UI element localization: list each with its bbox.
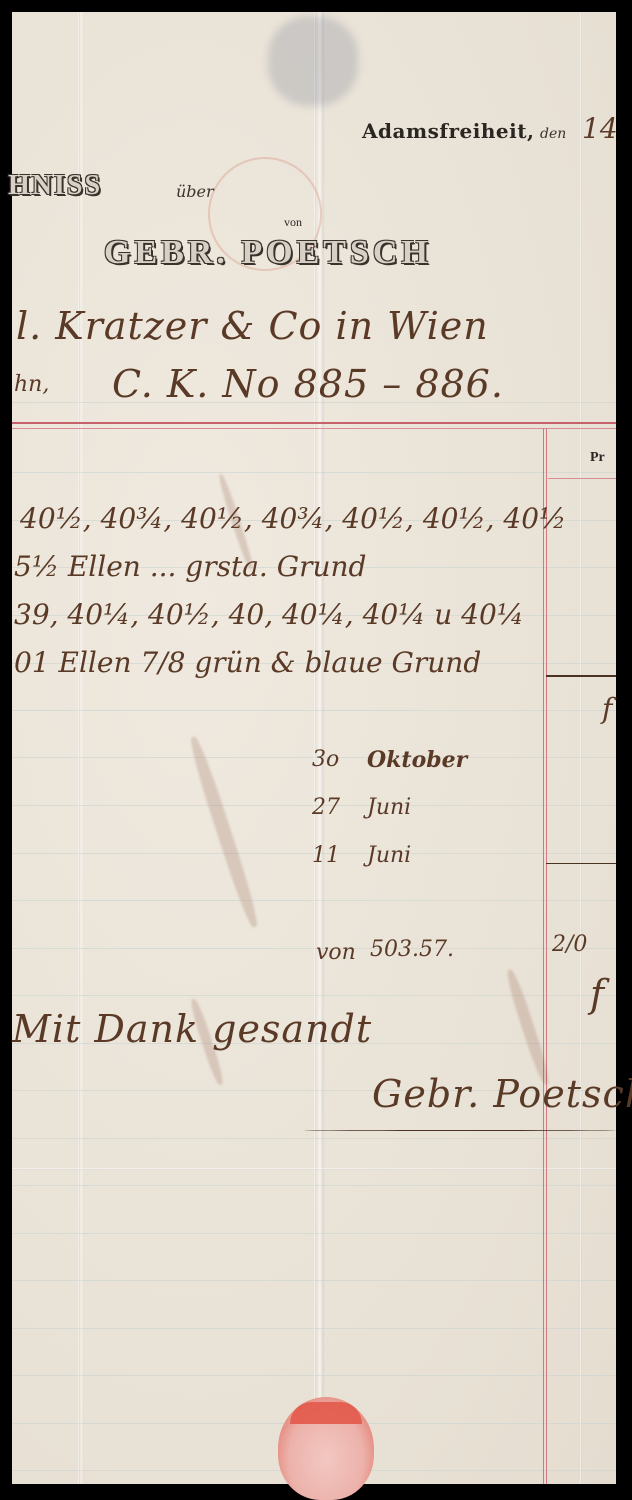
- subtotal-rule: [546, 675, 616, 677]
- amount-label: von: [316, 940, 356, 965]
- place-name: Adamsfreiheit,: [362, 119, 534, 143]
- description-line: 01 Ellen 7/8 grün & blaue Grund: [14, 646, 481, 679]
- ink-blot: [268, 16, 358, 106]
- reference-number: C. K. No 885 – 886.: [112, 362, 504, 406]
- price-mark: f: [602, 692, 612, 725]
- column-rule: [543, 428, 544, 1484]
- addressee-line: l. Kratzer & Co in Wien: [16, 304, 489, 348]
- closing-note: Mit Dank gesandt: [12, 1007, 372, 1051]
- company-name: GEBR. POETSCH: [104, 234, 432, 272]
- measurement-line: 39, 40¼, 40½, 40, 40¼, 40¼ u 40¼: [14, 598, 524, 631]
- date-handwritten: 14: [582, 112, 618, 145]
- addressee-prefix: hn,: [14, 372, 49, 397]
- title-suffix: über: [176, 182, 214, 201]
- wax-seal-top: [290, 1402, 362, 1424]
- discount-rate: 2/0: [552, 932, 587, 957]
- fold-crease: [78, 12, 80, 1484]
- header-rule: [12, 428, 616, 429]
- signature-flourish: [304, 1130, 616, 1131]
- date-day: 3o: [312, 747, 339, 772]
- fold-crease: [580, 12, 582, 1484]
- column-header-rule: [548, 478, 616, 479]
- column-rule: [546, 428, 547, 1484]
- description-line: 5½ Ellen ... grsta. Grund: [14, 550, 366, 583]
- date-prefix: den: [540, 126, 566, 142]
- from-label: von: [284, 215, 302, 230]
- date-day: 27: [312, 795, 340, 820]
- signature: Gebr. Poetsch: [372, 1072, 632, 1116]
- date-day: 11: [312, 843, 340, 868]
- fold-crease: [12, 1168, 616, 1170]
- amount-value: 503.57.: [370, 937, 454, 962]
- date-month: Juni: [367, 795, 411, 820]
- price-mark: f: [590, 972, 605, 1016]
- measurement-line: 40½, 40¾, 40½, 40¾, 40½, 40½, 40½: [20, 502, 566, 535]
- date-month: Juni: [367, 843, 411, 868]
- header-rule: [12, 422, 616, 424]
- date-rule: [546, 863, 616, 864]
- date-month: Oktober: [367, 747, 467, 773]
- document-sheet: Adamsfreiheit, den 14 HNISS über von GEB…: [12, 12, 616, 1484]
- ink-smudge: [504, 968, 552, 1086]
- price-column-header: Pr: [590, 450, 605, 466]
- document-title-fragment: HNISS: [8, 170, 102, 202]
